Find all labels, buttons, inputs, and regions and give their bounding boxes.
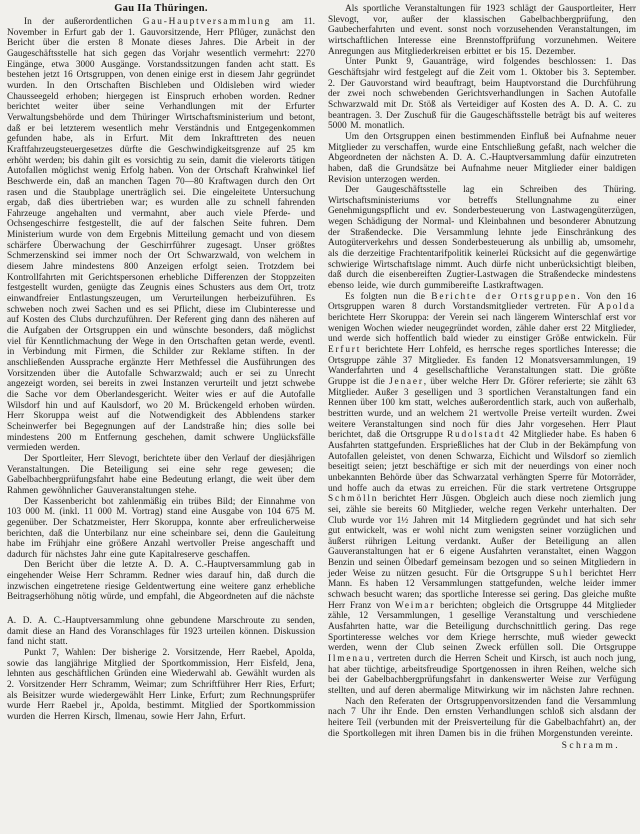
paragraph: Der Gaugeschäftsstelle lag ein Schreiben…: [328, 185, 636, 292]
body-text: Als sportliche Veranstaltungen für 1923 …: [328, 4, 636, 57]
body-text: am 11. November in Erfurt gab der 1. Gau…: [7, 17, 315, 453]
letterspaced-text: Erfurt: [328, 345, 361, 355]
letterspaced-text: Schmölln: [328, 494, 378, 504]
letterspaced-text: Apolda: [598, 302, 636, 312]
paragraph: Den Bericht über die letzte A. D. A. C.-…: [7, 560, 315, 603]
paragraph: Punkt 7, Wahlen: Der bisherige 2. Vorsit…: [7, 648, 315, 723]
paragraph: Um den Ortsgruppen einen bestimmenden Ei…: [328, 132, 636, 185]
letterspaced-text: Suhl: [550, 569, 574, 579]
body-text: Der Kassenbericht bot zahlenmäßig ein tr…: [7, 497, 315, 560]
body-text: Es folgten nun die: [345, 292, 431, 302]
letterspaced-text: Gau-Hauptversammlung: [143, 17, 271, 27]
body-text: berichtete Herr Skoruppa: der Verein sei…: [328, 313, 636, 344]
body-text: Nach den Referaten der Ortsgruppenvorsit…: [328, 697, 636, 739]
body-text: Unter Punkt 9, Gauanträge, wird folgende…: [328, 57, 636, 131]
paragraph: Der Sportleiter, Herr Slevogt, berichtet…: [7, 454, 315, 497]
body-text: Der Sportleiter, Herr Slevogt, berichtet…: [7, 454, 315, 496]
body-text: Der Gaugeschäftsstelle lag ein Schreiben…: [328, 185, 636, 291]
body-text: Punkt 7, Wahlen: Der bisherige 2. Vorsit…: [7, 648, 315, 722]
scanned-article-page: Gau IIa Thüringen. In der außerordentlic…: [0, 0, 640, 751]
paragraph: Der Kassenbericht bot zahlenmäßig ein tr…: [7, 497, 315, 561]
right-column: Als sportliche Veranstaltungen für 1923 …: [328, 3, 636, 751]
letterspaced-text: Rudolstadt: [447, 430, 506, 440]
letterspaced-text: Weimar: [395, 601, 435, 611]
author-signature: Schramm.: [328, 740, 636, 751]
body-text: In der außerordentlichen: [24, 17, 143, 27]
body-text: A. D. A. C.-Hauptversammlung ohne gebund…: [7, 616, 315, 647]
page-title: Gau IIa Thüringen.: [7, 3, 315, 15]
left-column: Gau IIa Thüringen. In der außerordentlic…: [7, 3, 315, 751]
paragraph: Unter Punkt 9, Gauanträge, wird folgende…: [328, 57, 636, 132]
body-text: Um den Ortsgruppen einen bestimmenden Ei…: [328, 132, 636, 185]
body-text: , vertreten durch die Herren Scheit und …: [328, 654, 636, 696]
paragraph: Nach den Referaten der Ortsgruppenvorsit…: [328, 697, 636, 740]
letterspaced-text: Jenaer: [389, 377, 424, 387]
paragraph: Als sportliche Veranstaltungen für 1923 …: [328, 4, 636, 57]
paragraph: Es folgten nun die Berichte der Ortsgrup…: [328, 292, 636, 697]
letterspaced-text: Ilmenau: [328, 654, 371, 664]
right-column-body: Als sportliche Veranstaltungen für 1923 …: [328, 4, 636, 739]
letterspaced-text: Berichte der Ortsgruppen: [431, 292, 577, 302]
body-text: Den Bericht über die letzte A. D. A. C.-…: [7, 560, 315, 602]
paragraph: In der außerordentlichen Gau-Hauptversam…: [7, 17, 315, 454]
left-column-body: In der außerordentlichen Gau-Hauptversam…: [7, 17, 315, 723]
paragraph: A. D. A. C.-Hauptversammlung ohne gebund…: [7, 616, 315, 648]
body-text: berichtet Herr Jüsgen. Obgleich auch die…: [328, 494, 636, 579]
